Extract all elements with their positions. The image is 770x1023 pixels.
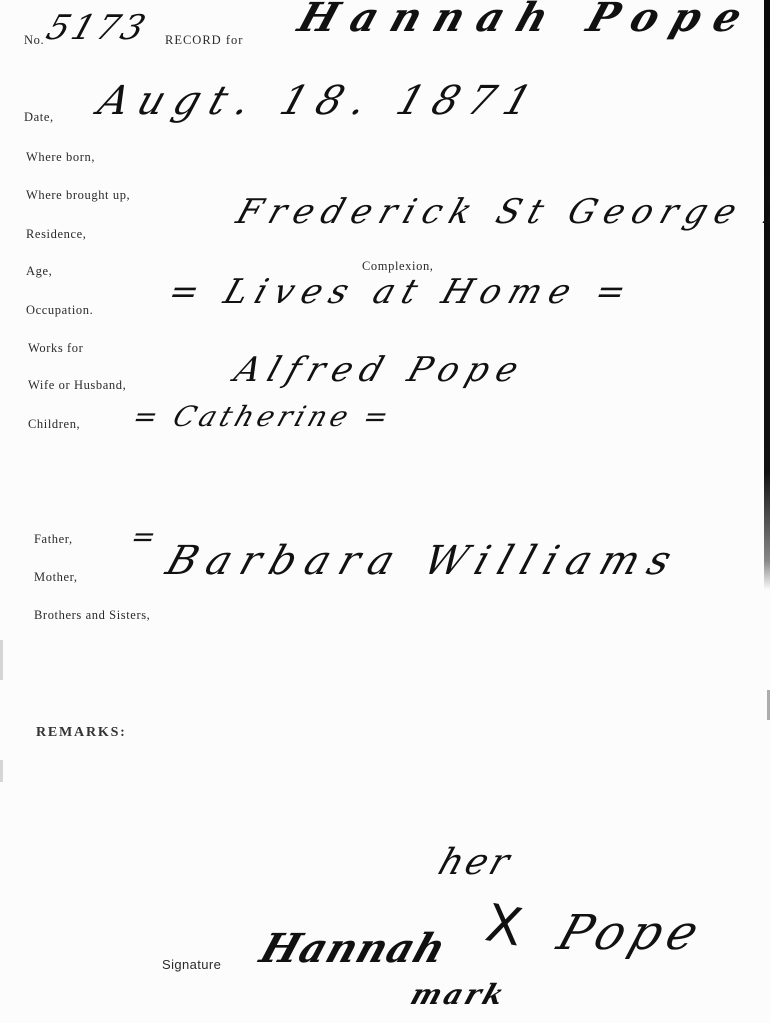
record-for-label: RECORD for [165,33,243,48]
residence-label: Residence, [26,227,87,242]
record-number: 5173 [42,8,154,48]
scan-speck [0,760,3,782]
age-label: Age, [26,264,52,279]
siblings-label: Brothers and Sisters, [34,608,150,623]
residence-value: Frederick St George T. [232,192,770,232]
date-label: Date, [24,110,54,125]
mother-label: Mother, [34,570,78,585]
occupation-label: Occupation. [26,303,93,318]
date-value: Augt. 18. 1871 [93,78,548,124]
signature-mark-above: her [433,842,517,883]
signature-first-name: Hannah [254,925,452,972]
record-form-page: No. 5173 RECORD for Hannah Pope Date, Au… [0,0,770,1023]
father-value: = [127,520,164,553]
children-value: = Catherine = [129,400,397,433]
mother-value: Barbara Williams [161,538,687,584]
record-name: Hannah Pope [292,0,761,41]
wife-or-husband-label: Wife or Husband, [28,378,126,393]
occupation-value: = Lives at Home = [164,272,640,312]
signature-surname: Pope [551,905,712,961]
where-born-label: Where born, [26,150,95,165]
signature-mark-x: X [481,893,527,958]
scan-speck [0,640,3,680]
scan-page-edge [764,0,770,590]
children-label: Children, [28,417,80,432]
signature-label: Signature [162,957,221,972]
remarks-label: REMARKS: [36,725,127,741]
signature-mark-below: mark [407,978,512,1011]
father-label: Father, [34,532,73,547]
works-for-label: Works for [28,341,83,356]
where-brought-up-label: Where brought up, [26,188,130,203]
spouse-value: Alfred Pope [230,350,532,390]
